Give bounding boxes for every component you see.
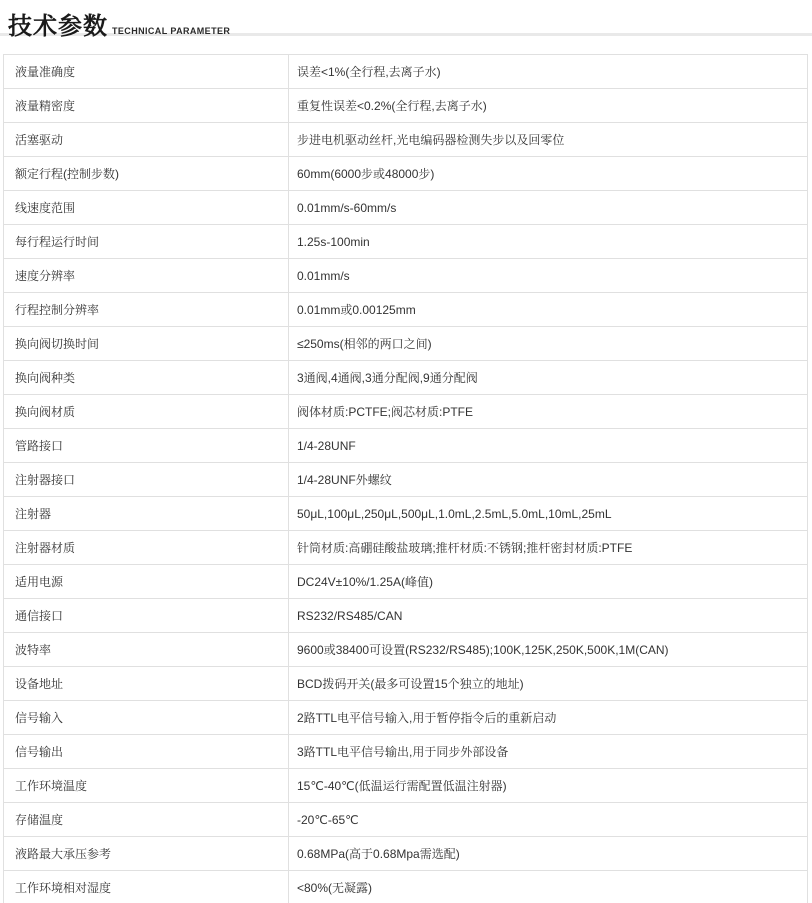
spec-value: BCD拨码开关(最多可设置15个独立的地址) bbox=[289, 667, 808, 701]
spec-label: 通信接口 bbox=[4, 599, 289, 633]
spec-value: 50μL,100μL,250μL,500μL,1.0mL,2.5mL,5.0mL… bbox=[289, 497, 808, 531]
spec-value: ≤250ms(相邻的两口之间) bbox=[289, 327, 808, 361]
spec-label: 信号输入 bbox=[4, 701, 289, 735]
spec-label: 换向阀种类 bbox=[4, 361, 289, 395]
spec-value: 重复性误差<0.2%(全行程,去离子水) bbox=[289, 89, 808, 123]
spec-value: RS232/RS485/CAN bbox=[289, 599, 808, 633]
spec-label: 波特率 bbox=[4, 633, 289, 667]
spec-value: 60mm(6000步或48000步) bbox=[289, 157, 808, 191]
spec-label: 注射器 bbox=[4, 497, 289, 531]
spec-label: 换向阀材质 bbox=[4, 395, 289, 429]
table-row: 每行程运行时间1.25s-100min bbox=[4, 225, 808, 259]
page: 技术参数TECHNICAL PARAMETER 液量准确度误差<1%(全行程,去… bbox=[0, 0, 812, 903]
table-row: 波特率9600或38400可设置(RS232/RS485);100K,125K,… bbox=[4, 633, 808, 667]
table-row: 注射器接口1/4-28UNF外螺纹 bbox=[4, 463, 808, 497]
spec-value: 3路TTL电平信号输出,用于同步外部设备 bbox=[289, 735, 808, 769]
spec-label: 工作环境相对湿度 bbox=[4, 871, 289, 903]
spec-value: 0.01mm或0.00125mm bbox=[289, 293, 808, 327]
table-row: 适用电源DC24V±10%/1.25A(峰值) bbox=[4, 565, 808, 599]
spec-value: 15℃-40℃(低温运行需配置低温注射器) bbox=[289, 769, 808, 803]
table-row: 注射器材质针筒材质:高硼硅酸盐玻璃;推杆材质:不锈钢;推杆密封材质:PTFE bbox=[4, 531, 808, 565]
spec-value: 阀体材质:PCTFE;阀芯材质:PTFE bbox=[289, 395, 808, 429]
spec-value: 针筒材质:高硼硅酸盐玻璃;推杆材质:不锈钢;推杆密封材质:PTFE bbox=[289, 531, 808, 565]
spec-label: 线速度范围 bbox=[4, 191, 289, 225]
page-subtitle: TECHNICAL PARAMETER bbox=[112, 26, 230, 36]
table-row: 换向阀种类3通阀,4通阀,3通分配阀,9通分配阀 bbox=[4, 361, 808, 395]
spec-label: 活塞驱动 bbox=[4, 123, 289, 157]
table-row: 设备地址BCD拨码开关(最多可设置15个独立的地址) bbox=[4, 667, 808, 701]
table-row: 速度分辨率0.01mm/s bbox=[4, 259, 808, 293]
spec-value: -20℃-65℃ bbox=[289, 803, 808, 837]
spec-value: 0.68MPa(高于0.68Mpa需选配) bbox=[289, 837, 808, 871]
spec-value: 2路TTL电平信号输入,用于暂停指令后的重新启动 bbox=[289, 701, 808, 735]
spec-label: 注射器材质 bbox=[4, 531, 289, 565]
spec-label: 适用电源 bbox=[4, 565, 289, 599]
page-title: 技术参数 bbox=[8, 13, 108, 40]
spec-value: 0.01mm/s-60mm/s bbox=[289, 191, 808, 225]
spec-value: 1.25s-100min bbox=[289, 225, 808, 259]
table-row: 线速度范围0.01mm/s-60mm/s bbox=[4, 191, 808, 225]
table-body: 液量准确度误差<1%(全行程,去离子水)液量精密度重复性误差<0.2%(全行程,… bbox=[4, 55, 808, 903]
table-row: 注射器50μL,100μL,250μL,500μL,1.0mL,2.5mL,5.… bbox=[4, 497, 808, 531]
spec-value: 步进电机驱动丝杆,光电编码器检测失步以及回零位 bbox=[289, 123, 808, 157]
spec-value: DC24V±10%/1.25A(峰值) bbox=[289, 565, 808, 599]
spec-label: 每行程运行时间 bbox=[4, 225, 289, 259]
section-header: 技术参数TECHNICAL PARAMETER bbox=[0, 0, 812, 33]
spec-label: 液量准确度 bbox=[4, 55, 289, 89]
spec-value: 9600或38400可设置(RS232/RS485);100K,125K,250… bbox=[289, 633, 808, 667]
spec-value: 误差<1%(全行程,去离子水) bbox=[289, 55, 808, 89]
spec-label: 液路最大承压参考 bbox=[4, 837, 289, 871]
table-row: 液量精密度重复性误差<0.2%(全行程,去离子水) bbox=[4, 89, 808, 123]
spec-value: 3通阀,4通阀,3通分配阀,9通分配阀 bbox=[289, 361, 808, 395]
table-row: 存储温度-20℃-65℃ bbox=[4, 803, 808, 837]
table-row: 液量准确度误差<1%(全行程,去离子水) bbox=[4, 55, 808, 89]
spec-label: 信号输出 bbox=[4, 735, 289, 769]
spec-label: 换向阀切换时间 bbox=[4, 327, 289, 361]
table-row: 行程控制分辨率0.01mm或0.00125mm bbox=[4, 293, 808, 327]
spec-label: 速度分辨率 bbox=[4, 259, 289, 293]
spec-label: 管路接口 bbox=[4, 429, 289, 463]
technical-parameter-table: 液量准确度误差<1%(全行程,去离子水)液量精密度重复性误差<0.2%(全行程,… bbox=[3, 54, 808, 903]
spec-label: 工作环境温度 bbox=[4, 769, 289, 803]
spec-label: 设备地址 bbox=[4, 667, 289, 701]
table-row: 额定行程(控制步数)60mm(6000步或48000步) bbox=[4, 157, 808, 191]
spec-label: 注射器接口 bbox=[4, 463, 289, 497]
table-row: 换向阀切换时间≤250ms(相邻的两口之间) bbox=[4, 327, 808, 361]
spec-label: 额定行程(控制步数) bbox=[4, 157, 289, 191]
spec-value: 0.01mm/s bbox=[289, 259, 808, 293]
table-row: 通信接口RS232/RS485/CAN bbox=[4, 599, 808, 633]
table-row: 活塞驱动步进电机驱动丝杆,光电编码器检测失步以及回零位 bbox=[4, 123, 808, 157]
table-row: 液路最大承压参考0.68MPa(高于0.68Mpa需选配) bbox=[4, 837, 808, 871]
table-row: 信号输出3路TTL电平信号输出,用于同步外部设备 bbox=[4, 735, 808, 769]
spec-label: 存储温度 bbox=[4, 803, 289, 837]
table-row: 工作环境温度15℃-40℃(低温运行需配置低温注射器) bbox=[4, 769, 808, 803]
spec-value: 1/4-28UNF外螺纹 bbox=[289, 463, 808, 497]
spec-label: 液量精密度 bbox=[4, 89, 289, 123]
table-row: 管路接口1/4-28UNF bbox=[4, 429, 808, 463]
table-row: 信号输入2路TTL电平信号输入,用于暂停指令后的重新启动 bbox=[4, 701, 808, 735]
spec-label: 行程控制分辨率 bbox=[4, 293, 289, 327]
table-row: 工作环境相对湿度<80%(无凝露) bbox=[4, 871, 808, 903]
spec-value: <80%(无凝露) bbox=[289, 871, 808, 903]
table-row: 换向阀材质阀体材质:PCTFE;阀芯材质:PTFE bbox=[4, 395, 808, 429]
spec-value: 1/4-28UNF bbox=[289, 429, 808, 463]
